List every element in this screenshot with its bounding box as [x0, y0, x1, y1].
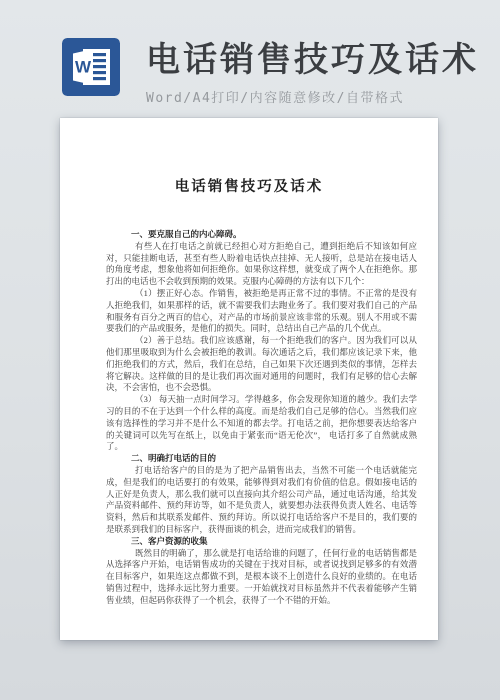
word-letter: W [75, 58, 92, 77]
header: W 电话销售技巧及话术 Word/A4打印/内容随意修改/自带格式 [62, 38, 479, 106]
paragraph: 有些人在打电话之前就已经担心对方拒绝自己，遭到拒绝后不知该如何应对，只能挂断电话… [106, 241, 417, 288]
paragraph: （2）善于总结。我们应该感谢，每一个拒绝我们的客户。因为我们可以从他们那里吸取到… [106, 335, 417, 394]
section-heading: 三、客户资源的收集 [106, 536, 417, 548]
document-title: 电话销售技巧及话术 [60, 175, 438, 196]
word-file-icon: W [62, 38, 120, 96]
document-body: 一、要克服自己的内心障碍。有些人在打电话之前就已经担心对方拒绝自己，遭到拒绝后不… [106, 229, 417, 607]
header-text: 电话销售技巧及话术 Word/A4打印/内容随意修改/自带格式 [146, 38, 479, 106]
section-heading: 一、要克服自己的内心障碍。 [106, 229, 417, 241]
template-subtitle: Word/A4打印/内容随意修改/自带格式 [146, 87, 479, 106]
paragraph: （1）摆正好心态。作销售，被拒绝是再正常不过的事情。不正常的是没有人拒绝我们，如… [106, 288, 417, 335]
document-page: 电话销售技巧及话术 一、要克服自己的内心障碍。有些人在打电话之前就已经担心对方拒… [60, 118, 438, 640]
paragraph: 打电话给客户的目的是为了把产品销售出去，当然不可能一个电话就能完成，但是我们的电… [106, 465, 417, 536]
paragraph: 既然目的明确了，那么就是打电话给谁的问题了，任何行业的电话销售都是从选择客户开始… [106, 548, 417, 607]
template-title: 电话销售技巧及话术 [146, 40, 479, 80]
section-heading: 二、明确打电话的目的 [106, 453, 417, 465]
paragraph: （3） 每天抽一点时间学习。学得越多，你会发现你知道的越少。我们去学习的目的不在… [106, 394, 417, 453]
